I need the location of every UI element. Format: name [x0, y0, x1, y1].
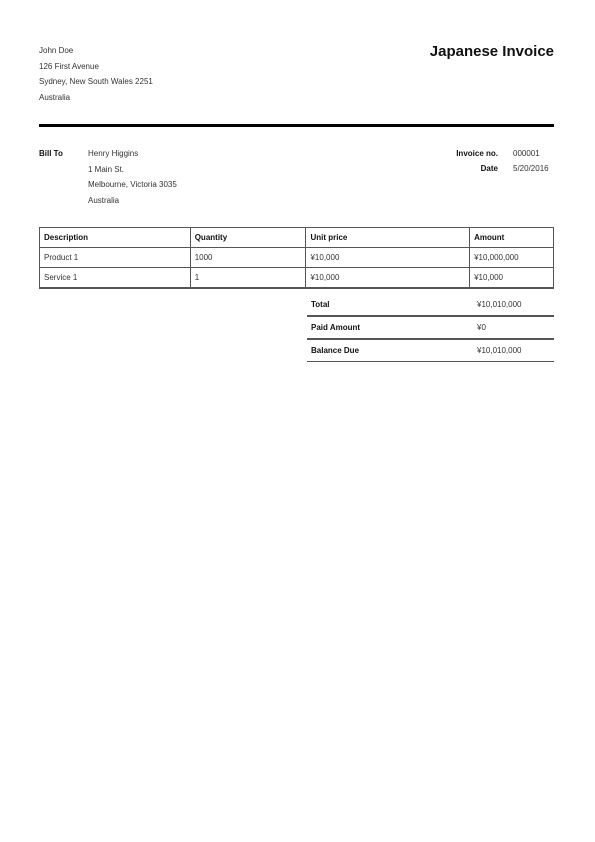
- balance-due-label: Balance Due: [307, 346, 474, 355]
- cell-unit-price: ¥10,000: [306, 248, 470, 268]
- header-amount: Amount: [470, 228, 554, 248]
- paid-amount-label: Paid Amount: [307, 323, 474, 332]
- total-row: Total ¥10,010,000: [307, 294, 554, 317]
- cell-amount: ¥10,000,000: [470, 248, 554, 268]
- bill-to-name: Henry Higgins: [88, 146, 177, 162]
- bill-to-address: Henry Higgins 1 Main St. Melbourne, Vict…: [88, 146, 177, 208]
- total-value: ¥10,010,000: [474, 300, 522, 309]
- table-row: Product 1 1000 ¥10,000 ¥10,000,000: [40, 248, 554, 268]
- totals-section: Total ¥10,010,000 Paid Amount ¥0 Balance…: [307, 294, 554, 362]
- date-label: Date: [481, 164, 498, 173]
- cell-unit-price: ¥10,000: [306, 268, 470, 289]
- table-row: Service 1 1 ¥10,000 ¥10,000: [40, 268, 554, 289]
- sender-name: John Doe: [39, 43, 153, 59]
- cell-amount: ¥10,000: [470, 268, 554, 289]
- sender-address-line2: Sydney, New South Wales 2251: [39, 74, 153, 90]
- sender-address-line1: 126 First Avenue: [39, 59, 153, 75]
- header-unit-price: Unit price: [306, 228, 470, 248]
- items-header-row: Description Quantity Unit price Amount: [40, 228, 554, 248]
- cell-quantity: 1000: [190, 248, 306, 268]
- paid-amount-row: Paid Amount ¥0: [307, 317, 554, 340]
- balance-due-value: ¥10,010,000: [474, 346, 522, 355]
- total-label: Total: [307, 300, 474, 309]
- bill-to-country: Australia: [88, 193, 177, 209]
- invoice-no-label: Invoice no.: [456, 149, 498, 158]
- cell-description: Service 1: [40, 268, 191, 289]
- header-divider: [39, 124, 554, 127]
- cell-description: Product 1: [40, 248, 191, 268]
- invoice-no-value: 000001: [513, 149, 540, 158]
- sender-country: Australia: [39, 90, 153, 106]
- date-value: 5/20/2016: [513, 164, 549, 173]
- cell-quantity: 1: [190, 268, 306, 289]
- bill-to-address-line1: 1 Main St.: [88, 162, 177, 178]
- items-table: Description Quantity Unit price Amount P…: [39, 227, 554, 289]
- paid-amount-value: ¥0: [474, 323, 486, 332]
- balance-due-row: Balance Due ¥10,010,000: [307, 340, 554, 362]
- bill-to-label: Bill To: [39, 149, 63, 158]
- header-description: Description: [40, 228, 191, 248]
- header-quantity: Quantity: [190, 228, 306, 248]
- document-title: Japanese Invoice: [430, 43, 554, 60]
- sender-address: John Doe 126 First Avenue Sydney, New So…: [39, 43, 153, 105]
- bill-to-address-line2: Melbourne, Victoria 3035: [88, 177, 177, 193]
